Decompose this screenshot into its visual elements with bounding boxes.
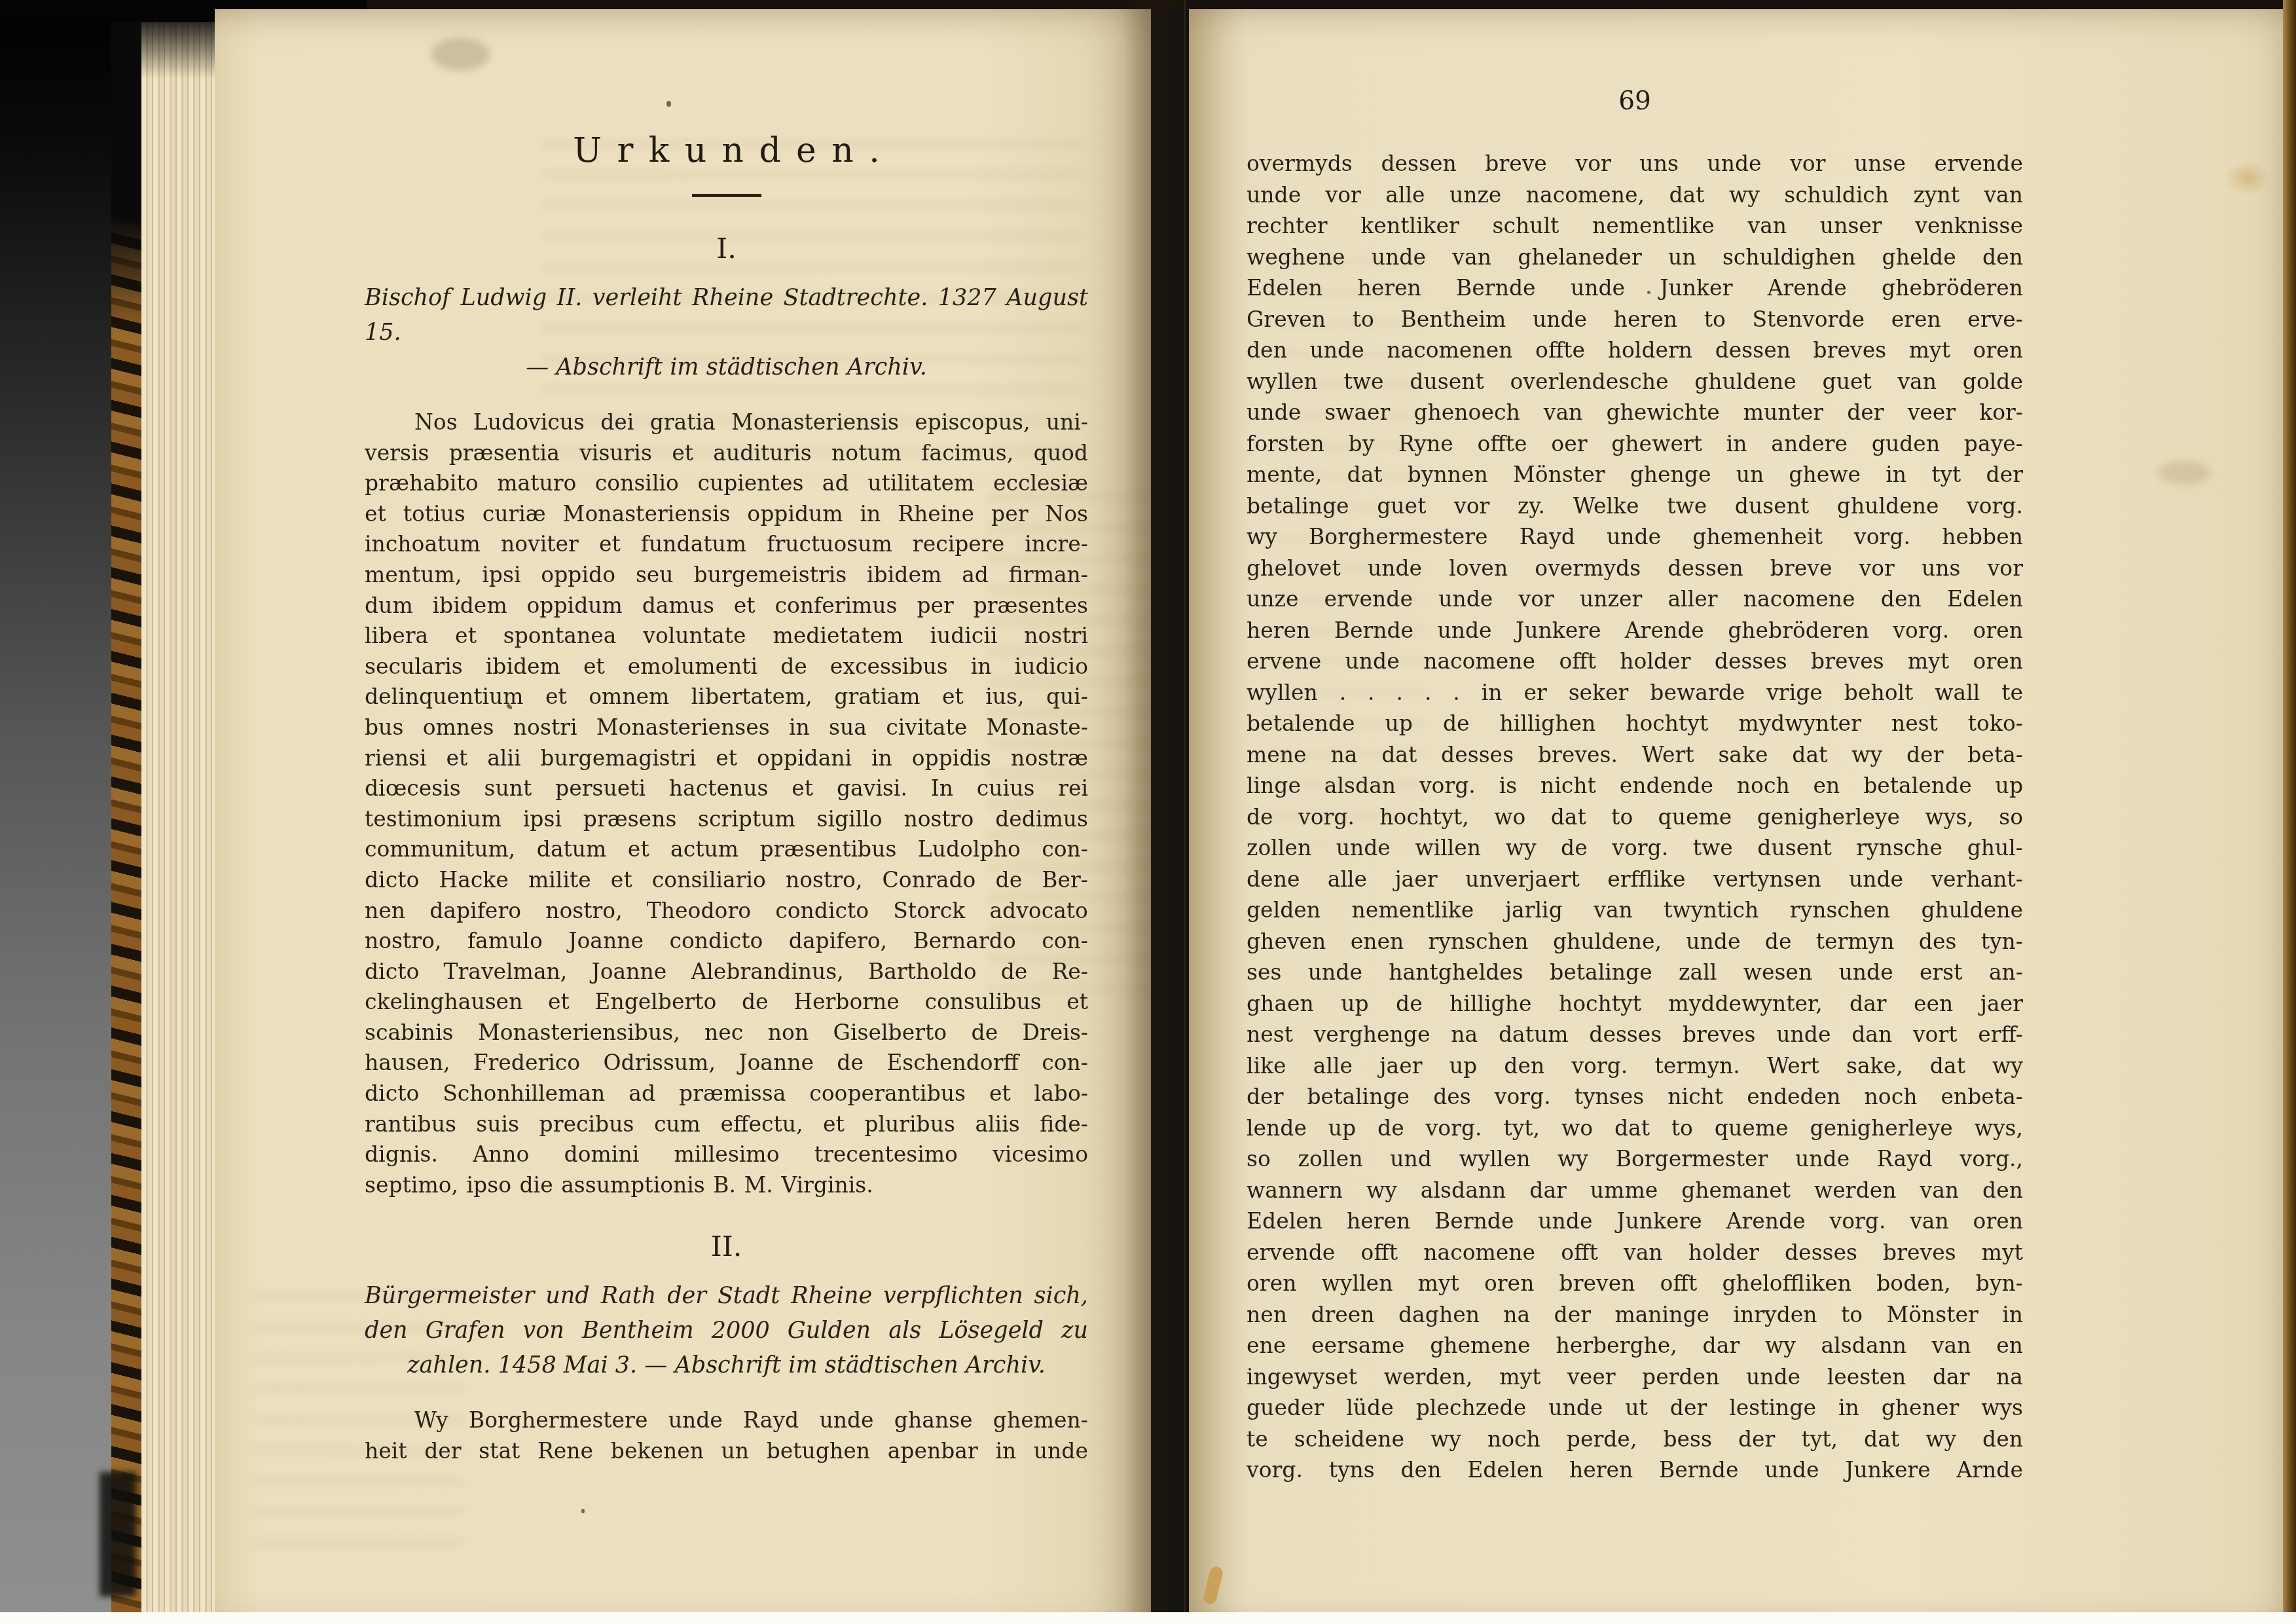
body-line: unze ervende unde vor unzer aller nacome… <box>1247 583 2023 615</box>
body-line: Edelen heren Bernde unde Junker Arende g… <box>1247 272 2023 304</box>
section-1-heading: Bischof Ludwig II. verleiht Rheine Stadt… <box>365 281 1088 385</box>
body-line: heit der stat Rene bekenen un betughen a… <box>365 1436 1088 1467</box>
scan-bottom-edge <box>0 1612 2296 1624</box>
body-line: te scheidene wy noch perde, bess der tyt… <box>1247 1424 2023 1455</box>
body-line: dicto Travelman, Joanne Alebrandinus, Ba… <box>365 957 1088 987</box>
body-line: mente, dat bynnen Mönster ghenge un ghew… <box>1247 459 2023 490</box>
body-line: der betalinge des vorg. tynses nicht end… <box>1247 1081 2023 1113</box>
body-line: wy Borghermestere Rayd unde ghemenheit v… <box>1247 521 2023 553</box>
body-line: nen dreen daghen na der maninge inryden … <box>1247 1299 2023 1331</box>
body-line: wyllen twe dusent overlendesche ghuldene… <box>1247 366 2023 397</box>
body-line: lende up de vorg. tyt, wo dat to queme g… <box>1247 1113 2023 1144</box>
body-line: ghaen up de hillighe hochtyt myddewynter… <box>1247 988 2023 1020</box>
edge-dark-blob <box>100 1472 136 1596</box>
body-line: rantibus suis precibus cum effectu, et p… <box>365 1109 1088 1140</box>
body-line: gheven enen rynschen ghuldene, unde de t… <box>1247 926 2023 957</box>
paper-speck <box>1647 291 1650 294</box>
section-2-body: Wy Borghermestere unde Rayd unde ghanse … <box>365 1405 1088 1466</box>
body-line: et totius curiæ Monasteriensis oppidum i… <box>365 499 1088 530</box>
body-line: ene eersame ghemene herberghe, dar wy al… <box>1247 1330 2023 1361</box>
section-1-body: Nos Ludovicus dei gratia Monasteriensis … <box>365 407 1088 1200</box>
body-line: septimo, ipso die assumptionis B. M. Vir… <box>365 1170 1088 1201</box>
body-line: ingewyset werden, myt veer perden unde l… <box>1247 1361 2023 1393</box>
body-line: ervene unde nacomene offt holder desses … <box>1247 646 2023 677</box>
body-line: unde swaer ghenoech van ghewichte munter… <box>1247 397 2023 428</box>
body-line: dicto Schonhilleman ad præmissa cooperan… <box>365 1079 1088 1109</box>
body-line: gueder lüde plechzede unde ut der lestin… <box>1247 1392 2023 1424</box>
body-line: forsten by Ryne offte oer ghewert in and… <box>1247 428 2023 460</box>
binding-crease <box>1184 0 1186 1624</box>
section-2-heading: Bürgermeister und Rath der Stadt Rheine … <box>365 1279 1088 1383</box>
body-line: delinquentium et omnem libertatem, grati… <box>365 682 1088 712</box>
body-line: nest verghenge na datum desses breves un… <box>1247 1019 2023 1050</box>
body-line: scabinis Monasteriensibus, nec non Gisel… <box>365 1018 1088 1048</box>
body-line: secularis ibidem et emolumenti de excess… <box>365 652 1088 682</box>
binding-gutter-shadow <box>1123 0 1192 1624</box>
body-line: libera et spontanea voluntate medietatem… <box>365 621 1088 652</box>
body-line: testimonium ipsi præsens scriptum sigill… <box>365 804 1088 835</box>
body-line: vorg. tyns den Edelen heren Bernde unde … <box>1247 1454 2023 1486</box>
body-line: heren Bernde unde Junkere Arende ghebröd… <box>1247 615 2023 646</box>
page-title: Urkunden. <box>365 131 1088 170</box>
body-line: Greven to Bentheim unde heren to Stenvor… <box>1247 304 2023 335</box>
corner-stain <box>2225 161 2270 195</box>
body-line: mentum, ipsi oppido seu burgemeistris ib… <box>365 560 1088 591</box>
body-line: rechter kentliker schult nementlike van … <box>1247 210 2023 242</box>
body-line: communitum, datum et actum præsentibus L… <box>365 834 1088 865</box>
body-line: wannern wy alsdann dar umme ghemanet wer… <box>1247 1175 2023 1206</box>
body-line: Wy Borghermestere unde Rayd unde ghanse … <box>365 1405 1088 1436</box>
right-page-text-column: 69 overmyds dessen breve vor uns unde vo… <box>1247 9 2023 1612</box>
body-line: betalende up de hillighen hochtyt mydwyn… <box>1247 708 2023 739</box>
body-line: oren wyllen myt oren breven offt gheloff… <box>1247 1268 2023 1299</box>
right-page: 69 overmyds dessen breve vor uns unde vo… <box>1189 9 2284 1612</box>
book-scan: Urkunden. I. Bischof Ludwig II. verleiht… <box>0 0 2296 1624</box>
body-line: dene alle jaer unverjaert erfflike verty… <box>1247 864 2023 895</box>
body-line: unde vor alle unze nacomene, dat wy schu… <box>1247 179 2023 211</box>
heading-line: den Grafen von Bentheim 2000 Gulden als … <box>365 1314 1088 1348</box>
body-line: ses unde hantgheldes betalinge zall wese… <box>1247 957 2023 988</box>
body-line: hausen, Frederico Odrissum, Joanne de Es… <box>365 1048 1088 1079</box>
body-line: weghene unde van ghelaneder un schuldigh… <box>1247 242 2023 273</box>
heading-line: zahlen. 1458 Mai 3. — Abschrift im städt… <box>365 1348 1088 1383</box>
bleed-through-page-number <box>431 38 490 71</box>
left-page: Urkunden. I. Bischof Ludwig II. verleiht… <box>215 9 1151 1612</box>
body-line: overmyds dessen breve vor uns unde vor u… <box>1247 148 2023 179</box>
body-line: bus omnes nostri Monasterienses in sua c… <box>365 712 1088 743</box>
book-fore-edge <box>111 0 141 1624</box>
paper-smudge <box>2158 461 2210 485</box>
body-line: versis præsentia visuris et audituris no… <box>365 438 1088 469</box>
paper-speck <box>666 101 671 107</box>
title-rule <box>692 194 761 197</box>
body-line: dignis. Anno domini millesimo trecentesi… <box>365 1139 1088 1170</box>
body-line: nen dapifero nostro, Theodoro condicto S… <box>365 896 1088 927</box>
section-1-number: I. <box>365 232 1088 265</box>
body-line: præhabito maturo consilio cupientes ad u… <box>365 468 1088 499</box>
stacked-page-edges <box>141 0 215 1624</box>
body-line: betalinge guet vor zy. Welke twe dusent … <box>1247 490 2023 522</box>
body-line: dicto Hacke milite et consiliario nostro… <box>365 865 1088 896</box>
body-line: de vorg. hochtyt, wo dat to queme genigh… <box>1247 802 2023 833</box>
left-page-text-column: Urkunden. I. Bischof Ludwig II. verleiht… <box>365 131 1088 1467</box>
heading-line: Bischof Ludwig II. verleiht Rheine Stadt… <box>365 281 1088 350</box>
page-number: 69 <box>1247 86 2023 116</box>
body-line: riensi et alii burgemagistri et oppidani… <box>365 743 1088 774</box>
body-line: Nos Ludovicus dei gratia Monasteriensis … <box>365 407 1088 438</box>
body-line: inchoatum noviter et fundatum fructuosum… <box>365 529 1088 560</box>
body-line: wyllen . . . . . in er seker bewarde vri… <box>1247 677 2023 709</box>
body-line: gelden nementlike jarlig van twyntich ry… <box>1247 895 2023 926</box>
right-page-edge <box>2283 0 2296 1624</box>
body-line: nostro, famulo Joanne condicto dapifero,… <box>365 926 1088 957</box>
body-line: ervende offt nacomene offt van holder de… <box>1247 1237 2023 1268</box>
body-line: mene na dat desses breves. Wert sake dat… <box>1247 739 2023 771</box>
body-line: ghelovet unde loven overmyds dessen brev… <box>1247 553 2023 584</box>
right-page-body: overmyds dessen breve vor uns unde vor u… <box>1247 148 2023 1486</box>
body-line: dum ibidem oppidum damus et conferimus p… <box>365 591 1088 621</box>
paper-speck <box>581 1509 585 1513</box>
body-line: den unde nacomenen offte holdern dessen … <box>1247 335 2023 366</box>
body-line: ckelinghausen et Engelberto de Herborne … <box>365 987 1088 1018</box>
body-line: diœcesis sunt persueti hactenus et gavis… <box>365 773 1088 804</box>
body-line: zollen unde willen wy de vorg. twe dusen… <box>1247 832 2023 864</box>
heading-line: — Abschrift im städtischen Archiv. <box>365 350 1088 385</box>
body-line: like alle jaer up den vorg. termyn. Wert… <box>1247 1050 2023 1082</box>
body-line: Edelen heren Bernde unde Junkere Arende … <box>1247 1206 2023 1237</box>
section-2-number: II. <box>365 1230 1088 1263</box>
body-line: so zollen und wyllen wy Borgermester und… <box>1247 1143 2023 1175</box>
scanner-background <box>0 0 111 1624</box>
body-line: linge alsdan vorg. is nicht endende noch… <box>1247 770 2023 802</box>
heading-line: Bürgermeister und Rath der Stadt Rheine … <box>365 1279 1088 1314</box>
